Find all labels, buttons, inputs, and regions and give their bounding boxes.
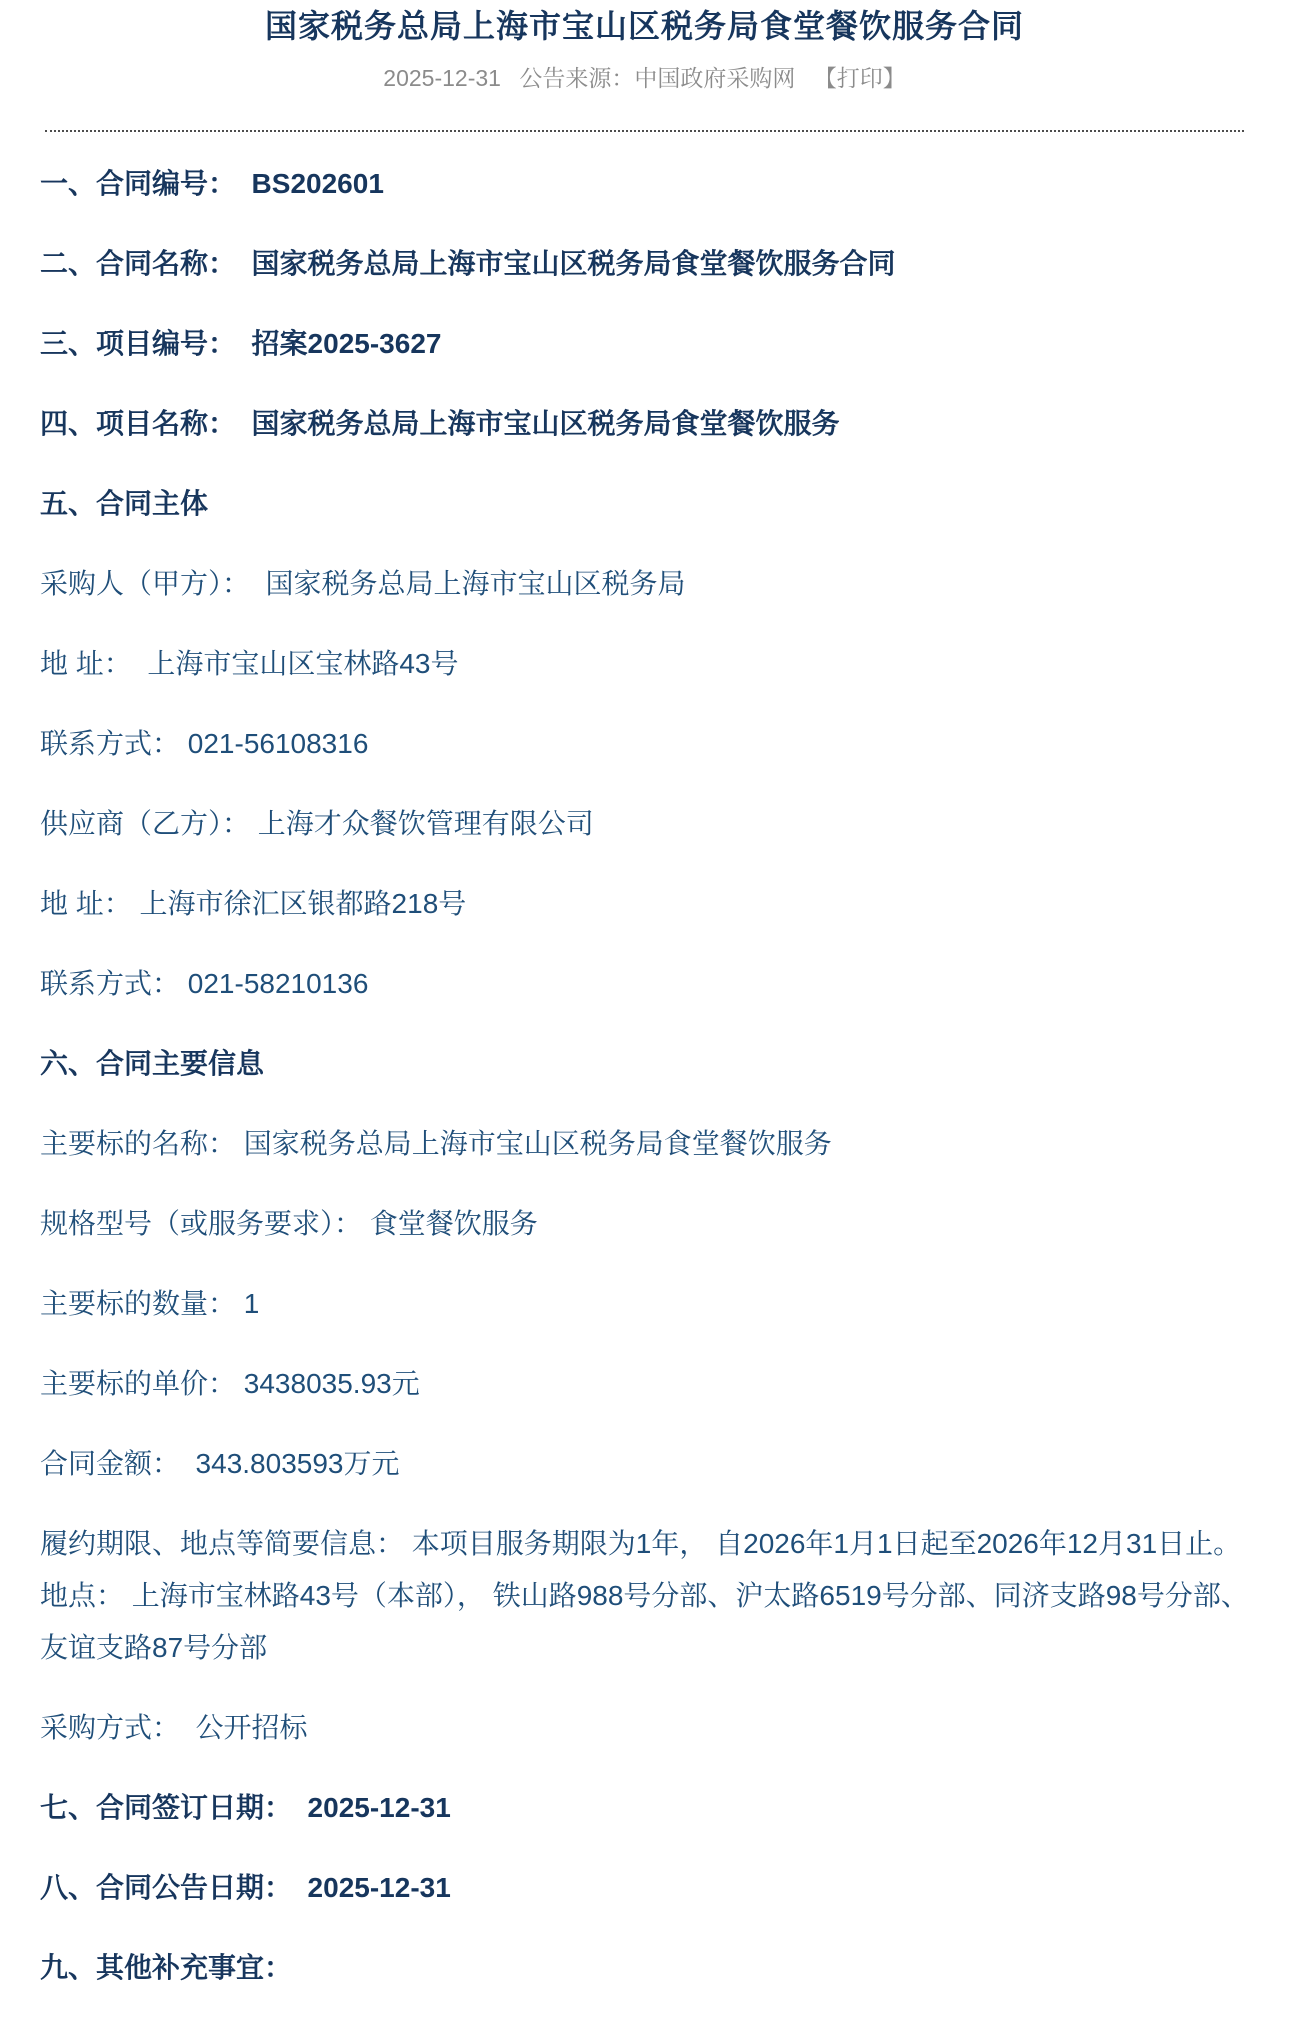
section-contract-parties: 五、合同主体 <box>40 478 1249 530</box>
print-button[interactable]: 【打印】 <box>814 65 906 91</box>
line-supplier: 供应商（乙方）： 上海才众餐饮管理有限公司 <box>40 798 1249 850</box>
line-subject-quantity: 主要标的数量： 1 <box>40 1278 1249 1330</box>
line-subject-unit-price: 主要标的单价： 3438035.93元 <box>40 1358 1249 1410</box>
line-purchaser: 采购人（甲方）： 国家税务总局上海市宝山区税务局 <box>40 558 1249 610</box>
line-contract-amount: 合同金额： 343.803593万元 <box>40 1438 1249 1490</box>
section-contract-main-info: 六、合同主要信息 <box>40 1038 1249 1090</box>
line-procurement-method: 采购方式： 公开招标 <box>40 1702 1249 1754</box>
page-title: 国家税务总局上海市宝山区税务局食堂餐饮服务合同 <box>0 8 1289 44</box>
line-performance-period: 履约期限、地点等简要信息： 本项目服务期限为1年， 自2026年1月1日起至20… <box>40 1518 1249 1674</box>
line-supplier-address: 地 址： 上海市徐汇区银都路218号 <box>40 878 1249 930</box>
line-purchaser-contact: 联系方式： 021-56108316 <box>40 718 1249 770</box>
publish-date: 2025-12-31 <box>383 65 501 91</box>
contract-body: 一、合同编号： BS202601 二、合同名称： 国家税务总局上海市宝山区税务局… <box>0 132 1289 1994</box>
line-signing-date: 七、合同签订日期： 2025-12-31 <box>40 1782 1249 1834</box>
line-supplier-contact: 联系方式： 021-58210136 <box>40 958 1249 1010</box>
line-contract-number: 一、合同编号： BS202601 <box>40 158 1249 210</box>
line-purchaser-address: 地 址： 上海市宝山区宝林路43号 <box>40 638 1249 690</box>
meta-line: 2025-12-31 公告来源：中国政府采购网 【打印】 <box>0 64 1289 92</box>
line-spec-requirements: 规格型号（或服务要求）： 食堂餐饮服务 <box>40 1198 1249 1250</box>
announcement-source: 公告来源：中国政府采购网 <box>519 65 795 91</box>
line-project-name: 四、项目名称： 国家税务总局上海市宝山区税务局食堂餐饮服务 <box>40 398 1249 450</box>
page-header: 国家税务总局上海市宝山区税务局食堂餐饮服务合同 2025-12-31 公告来源：… <box>0 0 1289 92</box>
line-subject-name: 主要标的名称： 国家税务总局上海市宝山区税务局食堂餐饮服务 <box>40 1118 1249 1170</box>
line-contract-name: 二、合同名称： 国家税务总局上海市宝山区税务局食堂餐饮服务合同 <box>40 238 1249 290</box>
section-other-matters: 九、其他补充事宜： <box>40 1942 1249 1994</box>
announcement-page: 国家税务总局上海市宝山区税务局食堂餐饮服务合同 2025-12-31 公告来源：… <box>0 0 1289 2033</box>
line-announcement-date: 八、合同公告日期： 2025-12-31 <box>40 1862 1249 1914</box>
line-project-number: 三、项目编号： 招案2025-3627 <box>40 318 1249 370</box>
